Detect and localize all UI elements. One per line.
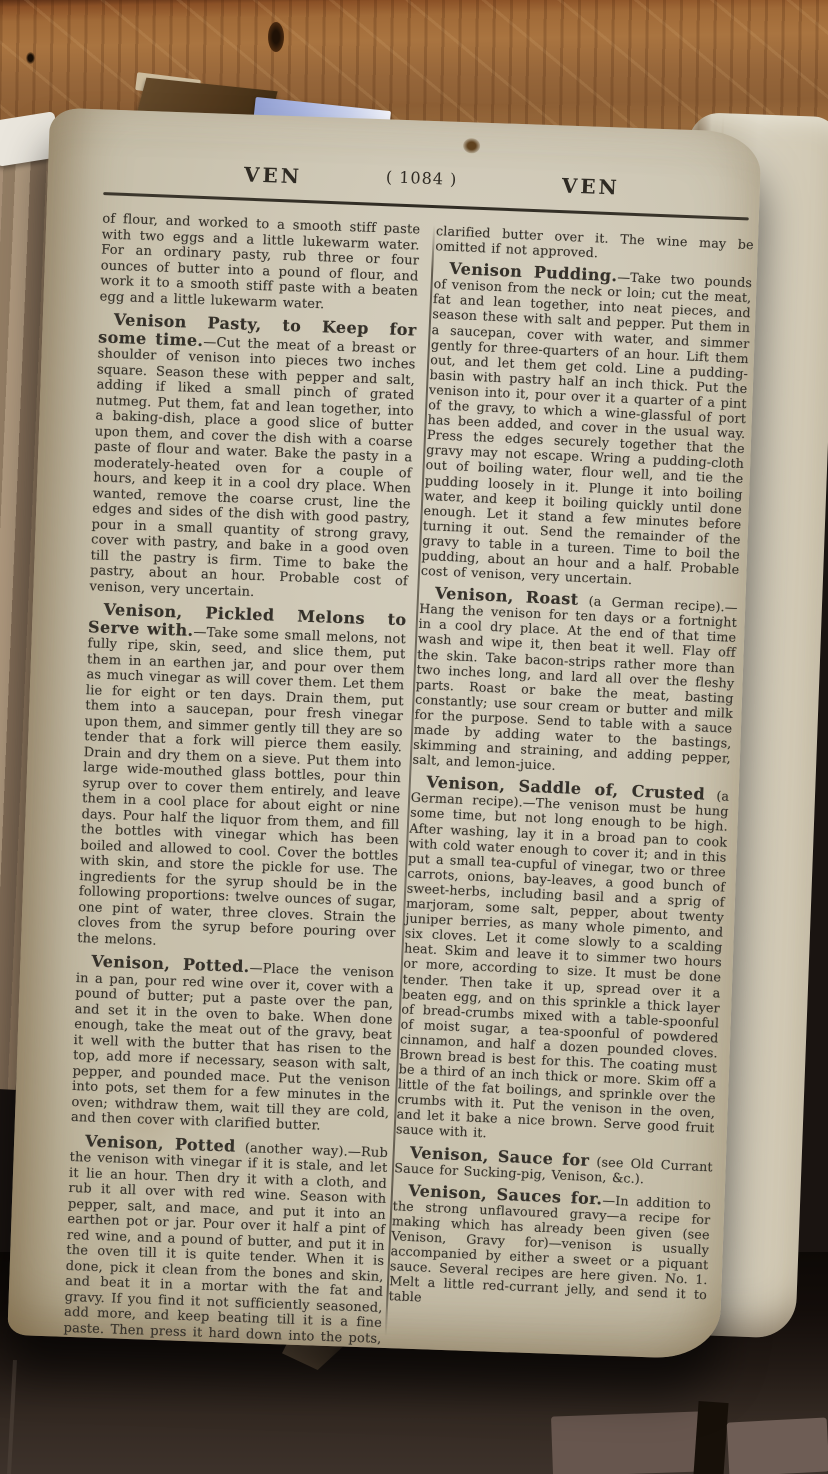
recipe-text: —Rub the venison with vinegar if it is s… (63, 1144, 388, 1353)
recipe-entry: Venison, Potted (another way).—Rub the v… (63, 1132, 388, 1359)
recipe-entry: Venison, Sauces for.—In addition to the … (388, 1182, 711, 1318)
floor-tile (551, 1411, 703, 1474)
running-head-left: VEN (244, 162, 303, 188)
wood-hole (26, 52, 35, 64)
recipe-text: —Hang the venison for ten days or a fort… (412, 599, 738, 773)
recipe-entry: Venison, Pickled Melons to Serve with.—T… (77, 601, 407, 957)
recipe-text: of flour, and worked to a smooth stiff p… (99, 211, 420, 311)
book-page: VEN ( 1084 ) VEN of flour, and worked to… (7, 108, 761, 1360)
recipe-entry: Venison Pudding.—Take two pounds of veni… (421, 260, 753, 592)
recipe-entry: Venison, Saddle of, Crusted (a German re… (396, 774, 730, 1151)
tile-grout-line (693, 1401, 728, 1474)
recipe-entry: Venison Pasty, to Keep for some time.—Cu… (89, 311, 417, 605)
recipe-text: —Cut the meat of a breast or shoulder of… (89, 335, 416, 600)
continued-paragraph: of flour, and worked to a smooth stiff p… (99, 211, 420, 315)
recipe-text: —Take some small melons, not fully ripe,… (77, 624, 406, 948)
page-number: ( 1084 ) (386, 167, 458, 188)
text-column-right: clarified butter over it. The wine may b… (385, 223, 754, 1360)
recipe-text: —The venison must be hung some time, but… (396, 795, 729, 1141)
recipe-entry: Venison, Roast (a German recipe).—Hang t… (412, 585, 738, 781)
recipe-text: —Place the venison in a pan, pour red wi… (71, 961, 395, 1134)
running-head-right: VEN (561, 173, 620, 199)
paper-hole (463, 138, 481, 154)
wood-knot (268, 22, 284, 52)
text-column-left: of flour, and worked to a smooth stiff p… (63, 211, 421, 1359)
recipe-text: —In addition to the strong unflavoured g… (388, 1192, 711, 1305)
text-area: of flour, and worked to a smooth stiff p… (63, 211, 755, 1359)
recipe-text: clarified butter over it. The wine may b… (435, 223, 754, 260)
recipe-entry: Venison, Potted.—Place the venison in a … (71, 953, 395, 1136)
recipe-text: —Take two pounds of venison from the nec… (421, 269, 753, 587)
floor-tile (727, 1417, 828, 1474)
